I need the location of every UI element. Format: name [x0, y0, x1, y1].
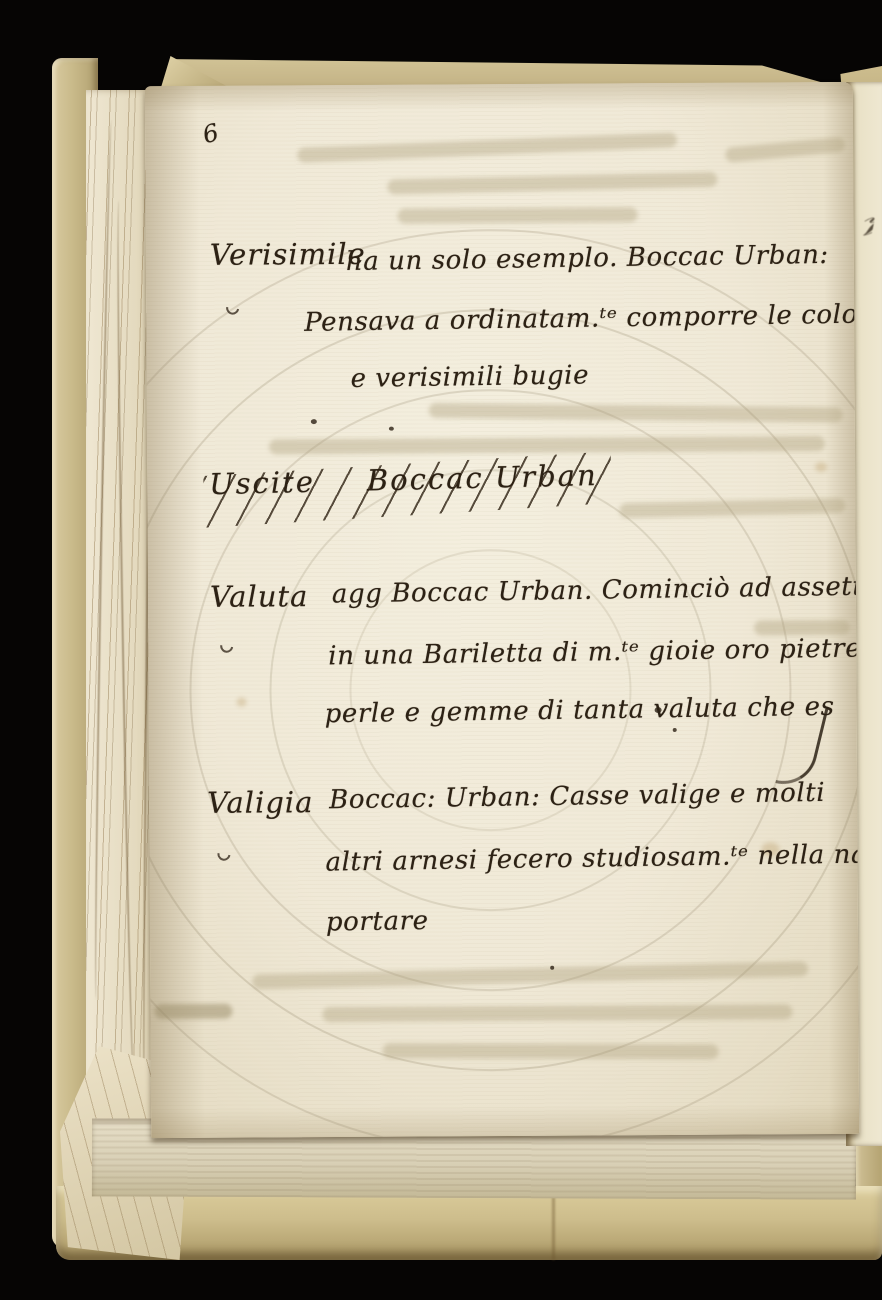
entry-headword: Valigia — [207, 785, 313, 820]
entry-headword: Valuta — [210, 579, 309, 614]
bleed-through-line — [725, 137, 846, 163]
ink-spot — [311, 419, 317, 424]
photo-backdrop: 𝒱 — [0, 0, 882, 1300]
entry-line: ha un solo esemplo. Boccac Urban: — [346, 240, 829, 277]
entry-headword: Verisimile — [210, 237, 366, 272]
bleed-through-line — [322, 1004, 792, 1022]
ink-spot — [550, 966, 554, 970]
struck-entry: UsciteBoccac Urban — [209, 461, 601, 521]
entry-line: Pensava a ordinatam.ᵗᵉ comporre le color… — [304, 299, 859, 338]
ink-spot — [673, 728, 677, 732]
fox-spot — [815, 462, 827, 472]
entry-line: e verisimili bugie — [350, 360, 589, 394]
entry-line: in una Bariletta di m.ᵗᵉ gioie oro pietr… — [328, 633, 859, 671]
entry-headword: Uscite — [209, 465, 315, 501]
bleed-through-line — [383, 1043, 719, 1059]
bleed-through-line — [387, 172, 717, 195]
entry-line: altri arnesi fecero studiosam.ᵗᵉ nella n… — [325, 839, 859, 877]
flourish — [218, 637, 236, 655]
page-number: 6 — [200, 118, 222, 149]
manuscript-page: 6 Verisimile ha un solo esemplo. Boccac … — [145, 82, 859, 1138]
flourish — [224, 299, 242, 317]
ink-spot — [389, 427, 394, 431]
bleed-through-line — [297, 132, 677, 163]
bleed-through-line — [398, 207, 638, 223]
entry-line: Boccac: Urban: Casse valige e molti — [329, 778, 825, 815]
entry-line: portare — [326, 906, 429, 938]
bleed-through-line — [269, 436, 825, 454]
bleed-through-line — [154, 1004, 232, 1019]
bleed-through-line — [619, 498, 845, 518]
entry-line: perle e gemme di tanta valuta che es — [324, 692, 834, 730]
bleed-through-line — [252, 961, 808, 989]
entry-line: Boccac Urban — [366, 458, 598, 497]
bleed-through-line — [429, 403, 843, 423]
flourish — [215, 845, 233, 863]
entry-line: agg Boccac Urban. Cominciò ad assettare — [332, 571, 860, 610]
fox-spot — [237, 698, 247, 707]
